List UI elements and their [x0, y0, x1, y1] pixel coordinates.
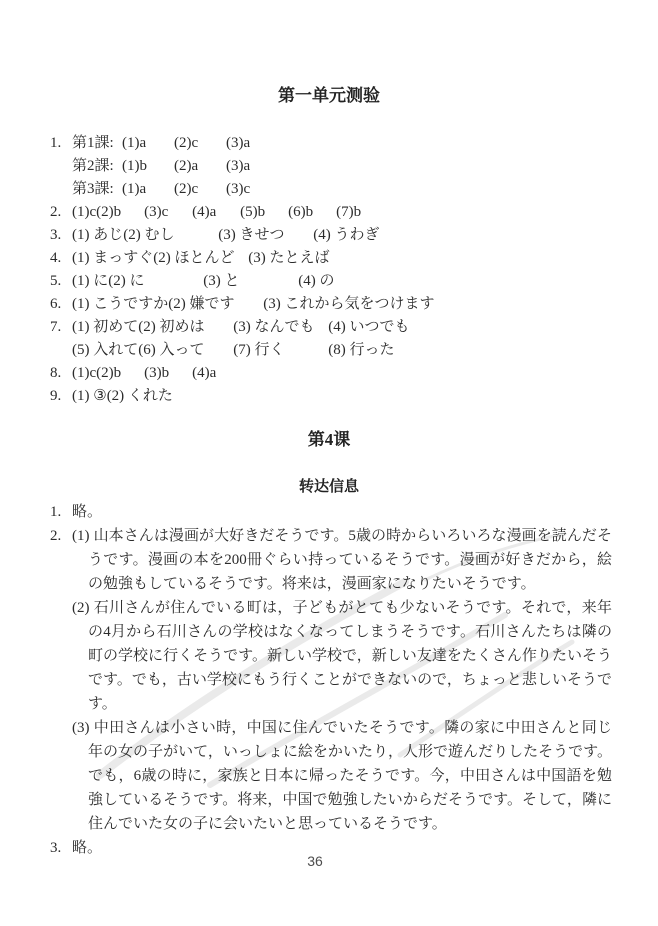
answer-row-number: 8. — [50, 362, 72, 385]
answer-cell: (2) 嫌です — [168, 293, 263, 316]
answer-row: 1.第1課:(1)a(2)c(3)a — [50, 132, 658, 155]
answer-row: 第3課:(1)a(2)c(3)c — [50, 178, 658, 201]
answer-cell: (3)a — [226, 132, 278, 155]
sub-item: (3)中田さんは小さい時，中国に住んでいたそうです。隣の家に中田さんと同じ年の女… — [72, 716, 612, 836]
answer-cell: (6)b — [288, 201, 336, 224]
item-number: 1. — [50, 500, 72, 524]
section-title: 转达信息 — [0, 478, 658, 496]
answer-cell: (3) これから気をつけます — [263, 293, 434, 316]
answer-cell: (3) なんでも — [233, 316, 328, 339]
lesson-items: 1.略。2.(1)山本さんは漫画が大好きだそうです。5歳の時からいろいろな漫画を… — [50, 500, 612, 860]
answer-cell: (4) の — [298, 270, 393, 293]
answer-cell: (2)c — [174, 132, 226, 155]
answer-cell: (1)c — [72, 362, 96, 385]
answer-cell: (3) と — [203, 270, 298, 293]
sub-item-label: (2) — [72, 600, 90, 616]
page-number: 36 — [0, 853, 630, 869]
answer-row-number: 2. — [50, 201, 72, 224]
item-text: 略。 — [72, 504, 102, 520]
answer-cell: (2) くれた — [107, 385, 173, 408]
answer-row: 6.(1) こうですか(2) 嫌です(3) これから気をつけます — [50, 293, 658, 316]
page-content: 第一单元测验 1.第1課:(1)a(2)c(3)a第2課:(1)b(2)a(3)… — [0, 86, 658, 860]
document-page: 第一单元测验 1.第1課:(1)a(2)c(3)a第2課:(1)b(2)a(3)… — [0, 0, 658, 926]
answer-cell: (1) 初めて — [72, 316, 138, 339]
answer-cell: (5)b — [240, 201, 288, 224]
answer-cell: (1) に — [72, 270, 108, 293]
answer-cell: (4) うわぎ — [313, 224, 408, 247]
answer-cell: (4)a — [192, 362, 240, 385]
answer-cell: (1)a — [122, 132, 174, 155]
item-body: (1)山本さんは漫画が大好きだそうです。5歳の時からいろいろな漫画を読んだそうで… — [72, 524, 612, 836]
answer-cell: (3)b — [144, 362, 192, 385]
answer-row: 7.(1) 初めて(2) 初めは(3) なんでも(4) いつでも — [50, 316, 658, 339]
answer-row: 5.(1) に(2) に(3) と(4) の — [50, 270, 658, 293]
answer-cell: (2) 初めは — [138, 316, 233, 339]
sub-item-label: (1) — [72, 528, 90, 544]
answer-cell: (1) こうですか — [72, 293, 168, 316]
answer-cell: (2) に — [108, 270, 203, 293]
answer-cell: (1)a — [122, 178, 174, 201]
answer-row-number: 3. — [50, 224, 72, 247]
answer-row: 9.(1) ③(2) くれた — [50, 385, 658, 408]
answer-cell: (4)a — [192, 201, 240, 224]
answer-cell: (3) きせつ — [218, 224, 313, 247]
answer-cell: (1) あじ — [72, 224, 123, 247]
answer-cell: (3)a — [226, 155, 278, 178]
sub-item-text: 中田さんは小さい時，中国に住んでいたそうです。隣の家に中田さんと同じ年の女の子が… — [88, 720, 612, 832]
answer-row: 4.(1) まっすぐ(2) ほとんど(3) たとえば — [50, 247, 658, 270]
answer-cell: 第1課: — [72, 132, 122, 155]
lesson-item: 2.(1)山本さんは漫画が大好きだそうです。5歳の時からいろいろな漫画を読んだそ… — [50, 524, 612, 836]
answer-cell: (1)b — [122, 155, 174, 178]
lesson-4-title: 第4课 — [0, 430, 658, 450]
answer-row-number: 4. — [50, 247, 72, 270]
item-body: 略。 — [72, 500, 612, 524]
sub-item: (1)山本さんは漫画が大好きだそうです。5歳の時からいろいろな漫画を読んだそうで… — [72, 524, 612, 596]
answer-rows: 1.第1課:(1)a(2)c(3)a第2課:(1)b(2)a(3)a第3課:(1… — [50, 132, 658, 408]
answer-cell: (2)a — [174, 155, 226, 178]
answer-row-number: 9. — [50, 385, 72, 408]
answer-row-number: 6. — [50, 293, 72, 316]
answer-row-number: 1. — [50, 132, 72, 155]
answer-row-number: 7. — [50, 316, 72, 339]
answer-cell: (8) 行った — [328, 339, 423, 362]
answer-cell: (2)c — [174, 178, 226, 201]
answer-row: 第2課:(1)b(2)a(3)a — [50, 155, 658, 178]
answer-cell: (3) たとえば — [248, 247, 343, 270]
lesson-item: 1.略。 — [50, 500, 612, 524]
answer-row: 2.(1)c(2)b(3)c(4)a(5)b(6)b(7)b — [50, 201, 658, 224]
answer-cell: (4) いつでも — [328, 316, 423, 339]
answer-row: 3.(1) あじ(2) むし(3) きせつ(4) うわぎ — [50, 224, 658, 247]
answer-cell: (2)b — [96, 362, 144, 385]
sub-item-text: 石川さんが住んでいる町は，子どもがとても少ないそうです。それで，来年の4月から石… — [88, 600, 612, 712]
answer-cell: (7)b — [336, 201, 384, 224]
answer-cell: (6) 入って — [138, 339, 233, 362]
answer-row: 8.(1)c(2)b(3)b(4)a — [50, 362, 658, 385]
answer-cell: (3)c — [226, 178, 278, 201]
answer-cell: (1)c — [72, 201, 96, 224]
answer-row-number: 5. — [50, 270, 72, 293]
answer-cell: (2) むし — [123, 224, 218, 247]
answer-cell: (1) まっすぐ — [72, 247, 153, 270]
answer-cell: (5) 入れて — [72, 339, 138, 362]
answer-cell: (2) ほとんど — [153, 247, 248, 270]
answer-cell: (1) ③ — [72, 385, 107, 408]
answer-cell: (2)b — [96, 201, 144, 224]
unit-test-title: 第一单元测验 — [0, 86, 658, 106]
answer-cell: 第3課: — [72, 178, 122, 201]
answer-cell: (7) 行く — [233, 339, 328, 362]
sub-item-label: (3) — [72, 720, 90, 736]
answer-cell: (3)c — [144, 201, 192, 224]
sub-item-text: 山本さんは漫画が大好きだそうです。5歳の時からいろいろな漫画を読んだそうです。漫… — [88, 528, 612, 592]
sub-item: (2)石川さんが住んでいる町は，子どもがとても少ないそうです。それで，来年の4月… — [72, 596, 612, 716]
answer-cell: 第2課: — [72, 155, 122, 178]
item-number: 2. — [50, 524, 72, 548]
answer-row: (5) 入れて(6) 入って(7) 行く(8) 行った — [50, 339, 658, 362]
